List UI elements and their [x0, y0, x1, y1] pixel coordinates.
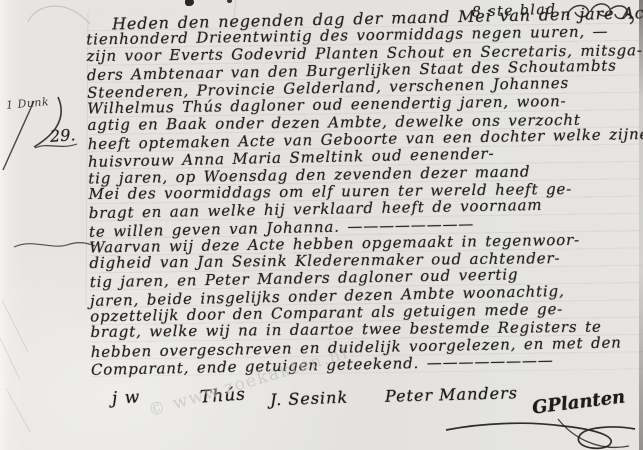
- official-signature-tail: [558, 419, 629, 447]
- page-edge-shadow: [639, 0, 643, 450]
- signature-witness-1: J. Sesink: [270, 388, 349, 410]
- ink-blot-icon: [227, 0, 232, 3]
- official-signature-flourish: [446, 423, 635, 448]
- paragraph-swash: [14, 243, 95, 247]
- act-number: 29.: [49, 125, 76, 146]
- scanned-birth-record-page: 8 ste blad 1 Dunk 29. Heden den negenden…: [0, 0, 643, 450]
- signature-official: GPlanten: [531, 386, 626, 418]
- signature-comparant-surname: Thús: [199, 384, 246, 407]
- manuscript-text-block: Heden den negenden dag der maand Mei van…: [86, 6, 643, 377]
- ink-blot-icon: [185, 0, 194, 6]
- signature-comparant-initials: j w: [111, 387, 140, 408]
- margin-note: 1 Dunk: [6, 95, 50, 112]
- signature-witness-2: Peter Manders: [385, 383, 518, 405]
- page-curl-arc: [28, 6, 90, 24]
- corner-scratches: [0, 300, 30, 432]
